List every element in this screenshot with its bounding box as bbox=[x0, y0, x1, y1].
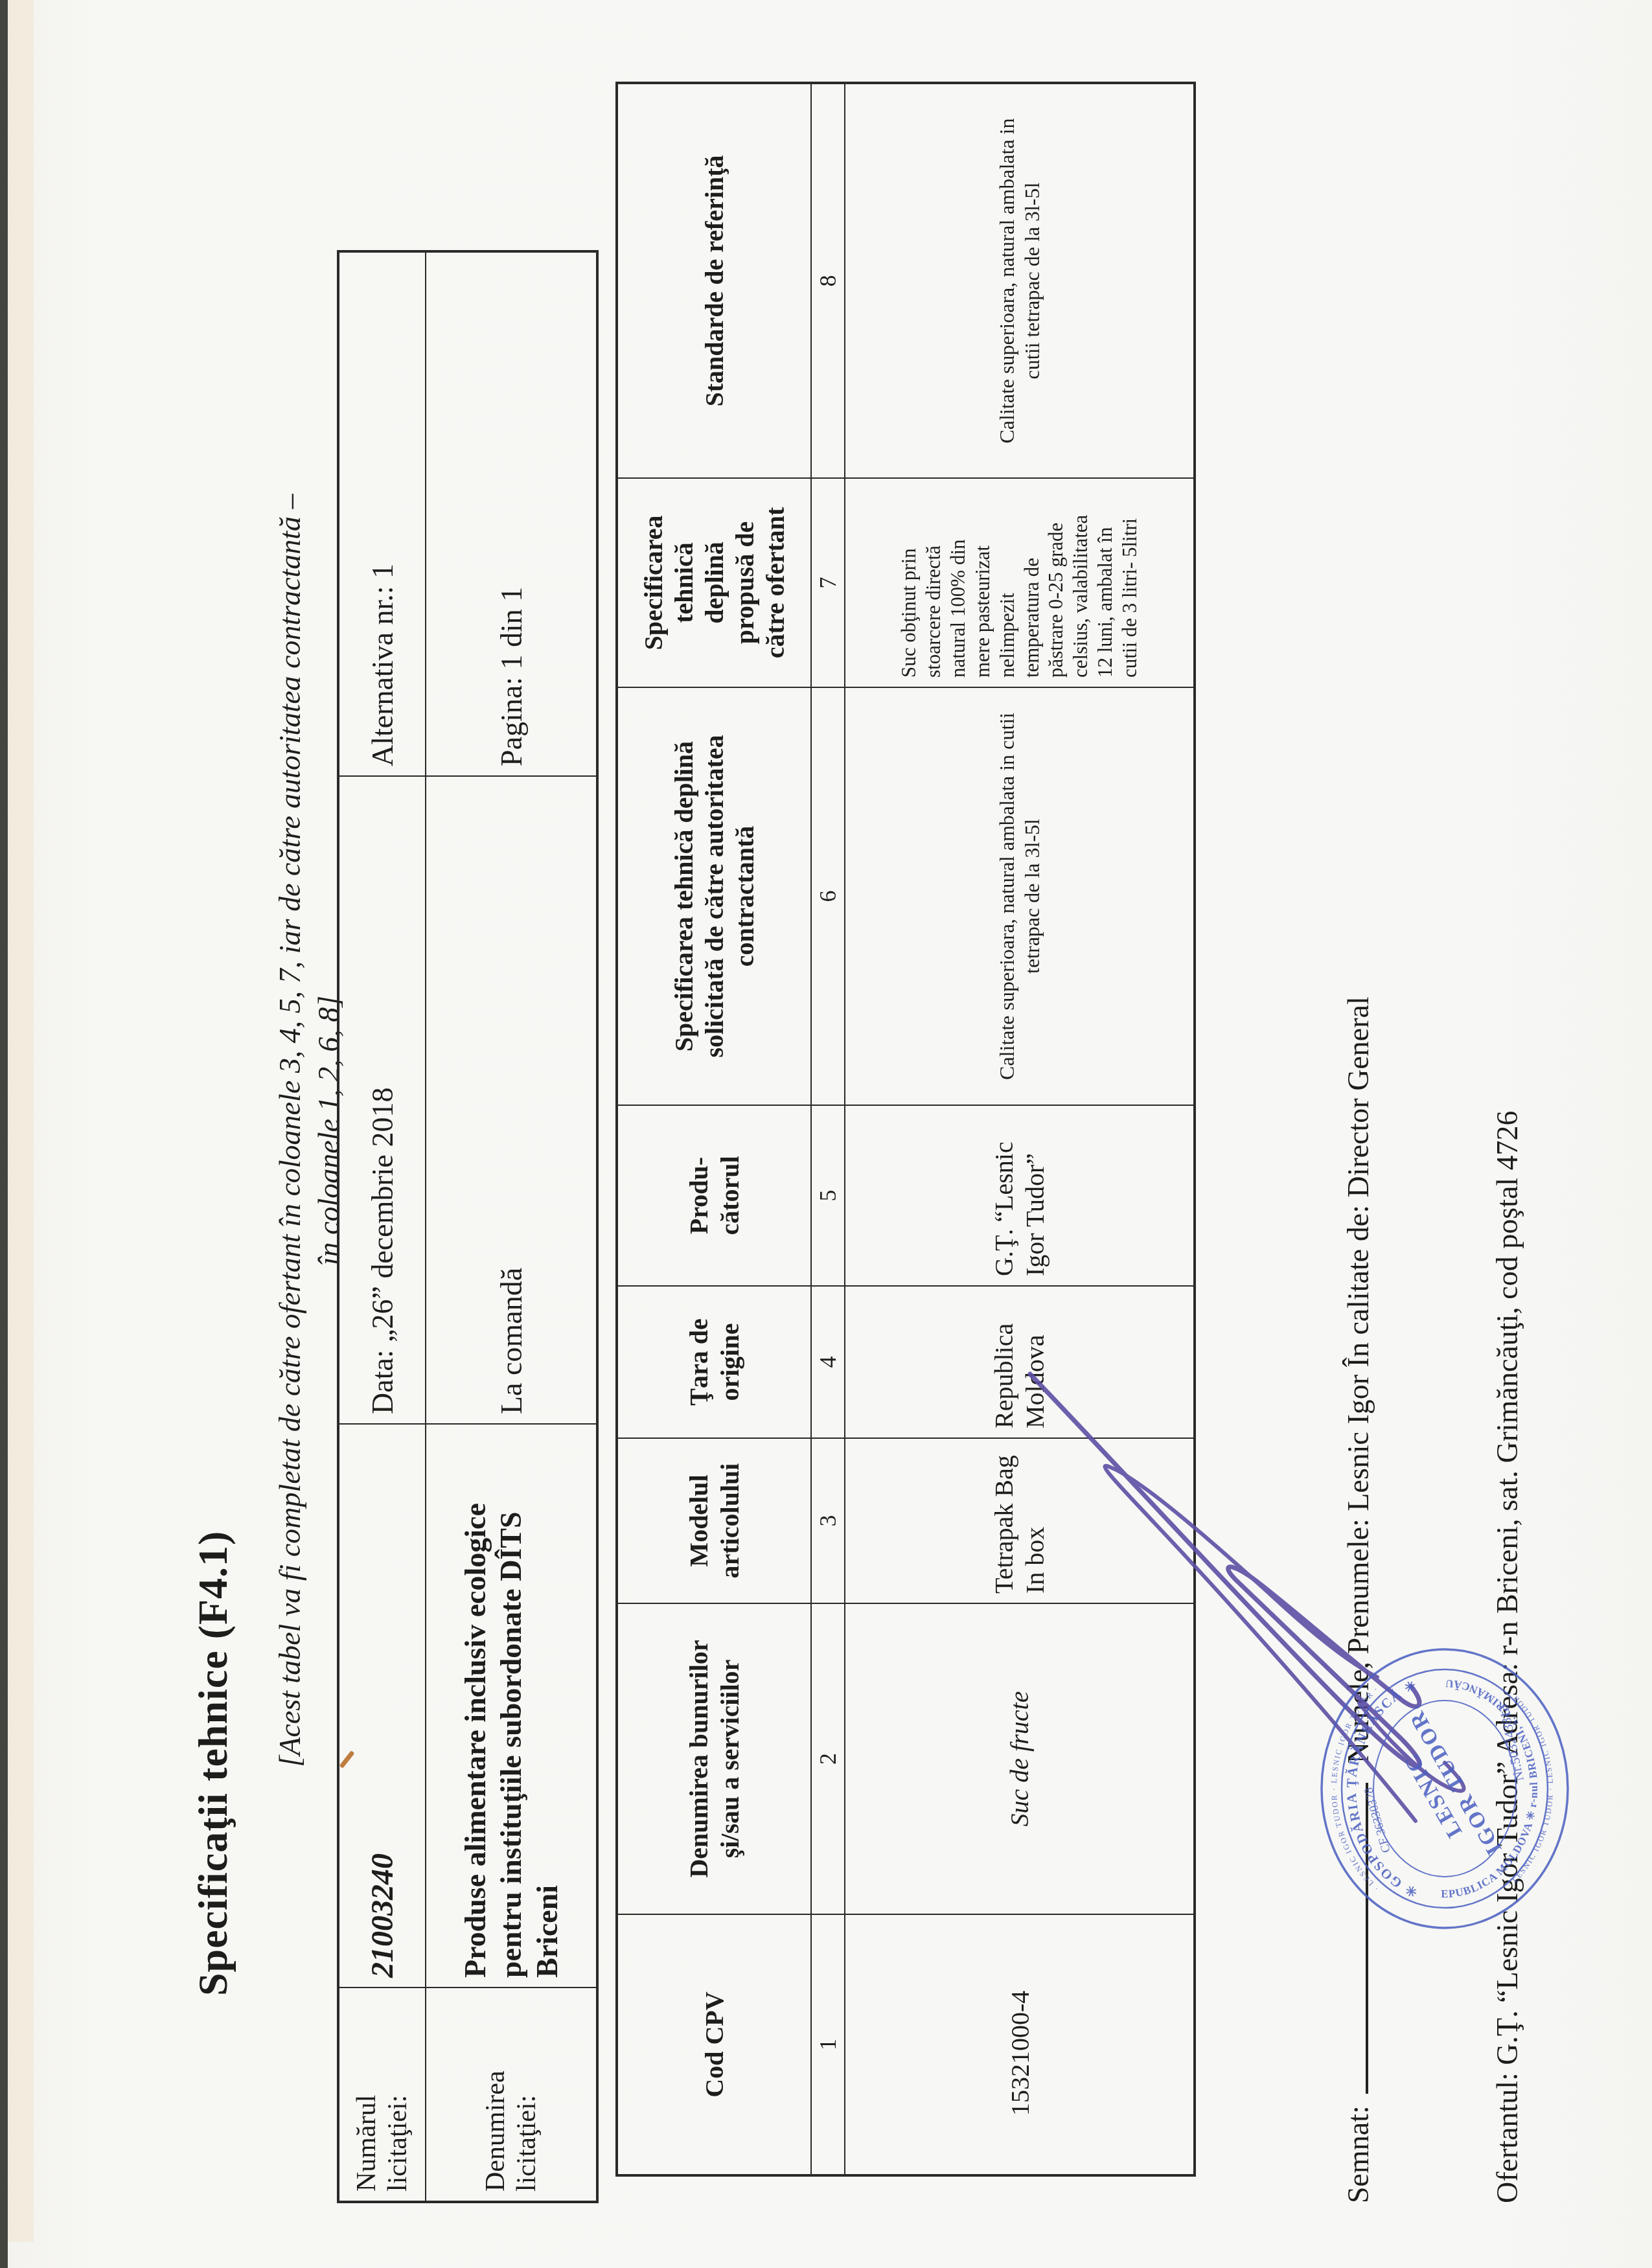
col-header-tara-text: Ţara de origine bbox=[683, 1311, 744, 1414]
col-header-producatorul: Produ- cătorul bbox=[617, 1105, 811, 1286]
col-header-modelul-text: Modelul articolului bbox=[683, 1448, 744, 1594]
cell-standarde: Calitate superioara, natural ambalata in… bbox=[845, 83, 1195, 478]
column-number: 2 bbox=[811, 1603, 845, 1914]
alternative-number: Alternativa nr.: 1 bbox=[338, 251, 426, 776]
column-number: 7 bbox=[811, 478, 845, 687]
scanned-document-canvas: Specificaţii tehnice (F4.1) [Acest tabel… bbox=[0, 0, 1652, 2268]
col-header-denumirea-text: Denumirea bunurilor şi/sau a serviciilor bbox=[683, 1613, 744, 1905]
scan-edge-tint bbox=[8, 0, 34, 2242]
page-number: Pagina: 1 din 1 bbox=[426, 251, 597, 776]
col-header-denumirea: Denumirea bunurilor şi/sau a serviciilor bbox=[617, 1603, 811, 1914]
col-header-producatorul-text: Produ- cătorul bbox=[683, 1141, 744, 1251]
document-page: Specificaţii tehnice (F4.1) [Acest tabel… bbox=[0, 0, 1652, 2268]
semnat-label: Semnat: bbox=[1342, 2105, 1375, 2203]
table-row: Denumirea licitaţiei: Produse alimentare… bbox=[426, 251, 597, 2202]
licitation-name-label: Denumirea licitaţiei: bbox=[426, 1987, 597, 2202]
producatorul-value: G.Ţ. “Lesnic Igor Tudor” bbox=[989, 1113, 1051, 1276]
company-stamp: · LESNIC IGOR TUDOR · LESNIC IGOR TUDOR … bbox=[1315, 1643, 1574, 1934]
licitation-number-value: 21003240 bbox=[338, 1424, 426, 1987]
cell-producatorul: G.Ţ. “Lesnic Igor Tudor” bbox=[845, 1105, 1195, 1286]
cod-cpv-value: 15321000-4 bbox=[1005, 1973, 1036, 2116]
licitation-number-label: Numărul licitaţiei: bbox=[338, 1987, 426, 2202]
col-header-spec-ofertant-text: Specificarea tehnică deplină propusă de … bbox=[638, 502, 791, 664]
col-header-cod-cpv: Cod CPV bbox=[617, 1914, 811, 2175]
col-header-spec-autoritate: Specificarea tehnică deplină solicitată … bbox=[617, 687, 811, 1105]
spec-ofertant-value: Suc obţinut prin stoarcere directă natur… bbox=[897, 508, 1141, 678]
cell-cod-cpv: 15321000-4 bbox=[845, 1914, 1195, 2175]
column-number-row: 1 2 3 4 5 6 7 8 bbox=[811, 83, 845, 2175]
column-number: 4 bbox=[811, 1286, 845, 1438]
column-number: 5 bbox=[811, 1105, 845, 1286]
licitation-date: Data: „26” decembrie 2018 bbox=[338, 776, 426, 1424]
page-title: Specificaţii tehnice (F4.1) bbox=[189, 1089, 237, 1996]
standarde-value: Calitate superioara, natural ambalata in… bbox=[994, 100, 1044, 463]
cell-spec-autoritate: Calitate superioara, natural ambalata in… bbox=[845, 687, 1195, 1105]
column-number: 6 bbox=[811, 687, 845, 1105]
instruction-note-line1: [Acest tabel va fi completat de către of… bbox=[271, 84, 310, 2177]
column-number: 8 bbox=[811, 83, 845, 478]
col-header-tara: Ţara de origine bbox=[617, 1286, 811, 1438]
col-header-spec-autoritate-text: Specificarea tehnică deplină solicitată … bbox=[669, 709, 761, 1084]
column-number: 1 bbox=[811, 1914, 845, 2175]
table-row: Numărul licitaţiei: 21003240 Data: „26” … bbox=[338, 251, 426, 2202]
order-type: La comandă bbox=[426, 776, 597, 1424]
table-header-row: Cod CPV Denumirea bunurilor şi/sau a ser… bbox=[617, 83, 811, 2175]
col-header-standarde: Standarde de referinţă bbox=[617, 83, 811, 478]
cell-spec-ofertant: Suc obţinut prin stoarcere directă natur… bbox=[845, 478, 1195, 687]
licitation-name-value: Produse alimentare inclusiv ecologice pe… bbox=[426, 1424, 597, 1987]
column-number: 3 bbox=[811, 1438, 845, 1603]
col-header-spec-ofertant: Specificarea tehnică deplină propusă de … bbox=[617, 478, 811, 687]
scan-edge-shadow bbox=[0, 0, 8, 2268]
spec-autoritate-value: Calitate superioara, natural ambalata in… bbox=[994, 702, 1044, 1091]
col-header-modelul: Modelul articolului bbox=[617, 1438, 811, 1603]
licitation-meta-table: Numărul licitaţiei: 21003240 Data: „26” … bbox=[337, 250, 599, 2203]
